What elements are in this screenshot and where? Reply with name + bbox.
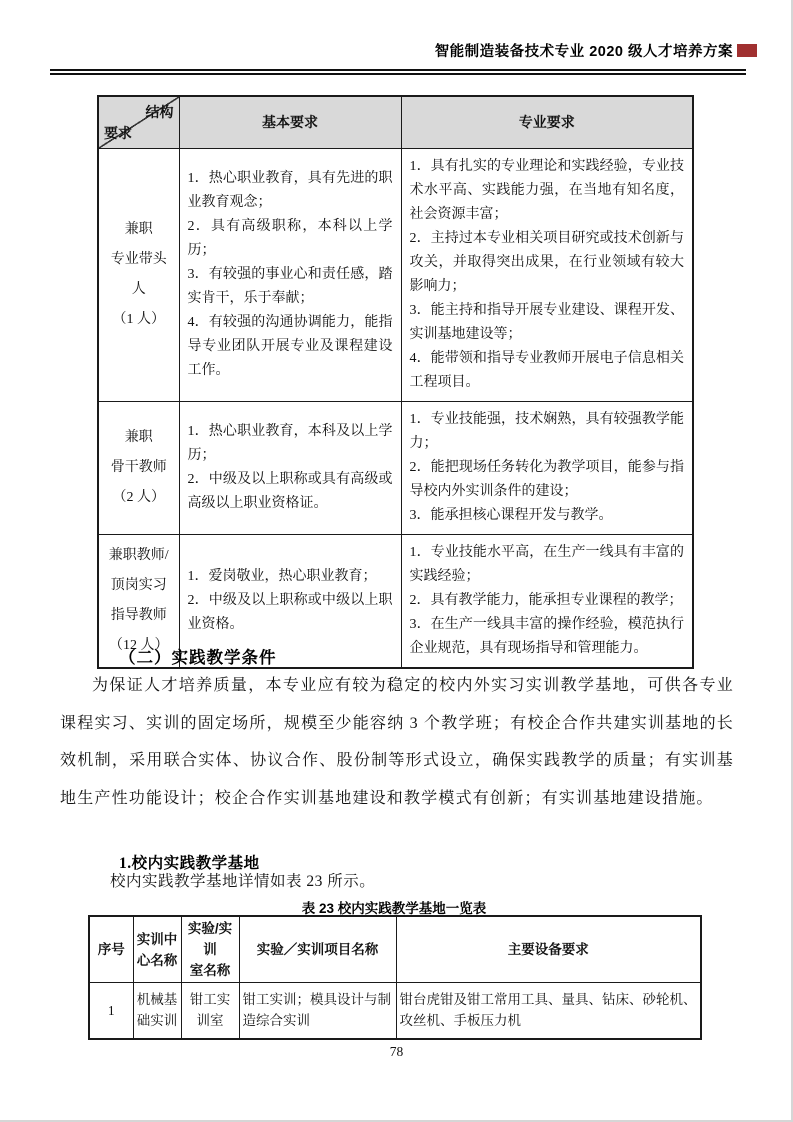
professional-requirements-cell: 1．专业技能水平高，在生产一线具有丰富的实践经验；2．具有教学能力，能承担专业课… [401, 534, 693, 668]
professional-requirements-cell: 1．专业技能强，技术娴熟，具有较强教学能力；2．能把现场任务转化为教学项目，能参… [401, 401, 693, 534]
requirement-item: 2．主持过本专业相关项目研究或技术创新与攻关，并取得突出成果，在行业领域有较大影… [410, 227, 685, 299]
basic-requirements-cell: 1．热心职业教育，本科及以上学历；2．中级及以上职称或具有高级或高级以上职业资格… [179, 401, 401, 534]
requirement-item: 2．具有教学能力，能承担专业课程的教学； [410, 589, 685, 613]
corner-label-requirement: 要求 [104, 121, 132, 145]
requirement-item: 2．具有高级职称，本科以上学历； [188, 215, 393, 263]
table-row-backbone-teachers: 兼职 骨干教师 （2 人） 1．热心职业教育，本科及以上学历；2．中级及以上职称… [98, 401, 693, 534]
page-number: 78 [0, 1044, 793, 1060]
requirement-item: 2．中级及以上职称或具有高级或高级以上职业资格证。 [188, 468, 393, 516]
document-page: 智能制造装备技术专业 2020 级人才培养方案 结构 要求 基本要求 专业要求 … [0, 0, 793, 1122]
role-label: 兼职 骨干教师 （2 人） [98, 401, 179, 534]
basic-requirements-cell: 1．热心职业教育，具有先进的职业教育观念；2．具有高级职称，本科以上学历；3．有… [179, 148, 401, 401]
body-paragraph: 为保证人才培养质量，本专业应有较为稳定的校内外实习实训教学基地，可供各专业课程实… [60, 667, 734, 817]
requirement-item: 4．能带领和指导专业教师开展电子信息相关工程项目。 [410, 347, 685, 395]
column-header-serial-number: 序号 [89, 916, 133, 983]
running-header-title: 智能制造装备技术专业 2020 级人才培养方案 [435, 40, 733, 61]
on-campus-practice-bases-table: 序号 实训中 心名称 实验/实训 室名称 实验／实训项目名称 主要设备要求 1 … [88, 915, 702, 1040]
professional-requirements-cell: 1．具有扎实的专业理论和实践经验，专业技术水平高、实践能力强，在当地有知名度，社… [401, 148, 693, 401]
corner-label-structure: 结构 [146, 100, 174, 124]
project-name-cell: 钳工实训；模具设计与制造综合实训 [239, 983, 396, 1039]
lab-room-cell: 钳工实训室 [181, 983, 239, 1039]
table-row-mechanical-basic-training: 1 机械基 础实训 钳工实训室 钳工实训；模具设计与制造综合实训 钳台虎钳及钳工… [89, 983, 701, 1039]
table-23-caption: 表 23 校内实践教学基地一览表 [88, 897, 700, 917]
column-header-main-equipment: 主要设备要求 [396, 916, 701, 983]
header-double-rule [50, 69, 746, 75]
requirement-item: 1．爱岗敬业，热心职业教育； [188, 565, 393, 589]
column-header-basic-requirements: 基本要求 [179, 96, 401, 148]
requirement-item: 1．具有扎实的专业理论和实践经验，专业技术水平高、实践能力强，在当地有知名度，社… [410, 155, 685, 227]
role-label: 兼职 专业带头 人 （1 人） [98, 148, 179, 401]
requirement-item: 3．能承担核心课程开发与教学。 [410, 504, 685, 528]
requirement-item: 2．中级及以上职称或中级以上职业资格。 [188, 589, 393, 637]
requirement-item: 3．能主持和指导开展专业建设、课程开发、实训基地建设等； [410, 299, 685, 347]
part-time-staff-requirements-table: 结构 要求 基本要求 专业要求 兼职 专业带头 人 （1 人） 1．热心职业教育… [97, 95, 694, 669]
staff-table-header-row: 结构 要求 基本要求 专业要求 [98, 96, 693, 148]
requirement-item: 1．热心职业教育，本科及以上学历； [188, 420, 393, 468]
equipment-cell: 钳台虎钳及钳工常用工具、量具、钻床、砂轮机、攻丝机、手板压力机 [396, 983, 701, 1039]
column-header-lab-room-name: 实验/实训 室名称 [181, 916, 239, 983]
requirement-item: 1．热心职业教育，具有先进的职业教育观念； [188, 167, 393, 215]
column-header-professional-requirements: 专业要求 [401, 96, 693, 148]
requirement-item: 4．有较强的沟通协调能力，能指导专业团队开展专业及课程建设工作。 [188, 311, 393, 383]
column-header-training-center-name: 实训中 心名称 [133, 916, 181, 983]
requirement-item: 1．专业技能水平高，在生产一线具有丰富的实践经验； [410, 541, 685, 589]
base-table-header-row: 序号 实训中 心名称 实验/实训 室名称 实验／实训项目名称 主要设备要求 [89, 916, 701, 983]
table-row-program-leader: 兼职 专业带头 人 （1 人） 1．热心职业教育，具有先进的职业教育观念；2．具… [98, 148, 693, 401]
requirement-item: 2．能把现场任务转化为教学项目，能参与指导校内外实训条件的建设； [410, 456, 685, 504]
requirement-item: 3．在生产一线具丰富的操作经验，模范执行企业规范，具有现场指导和管理能力。 [410, 613, 685, 661]
training-center-cell: 机械基 础实训 [133, 983, 181, 1039]
corner-header-cell: 结构 要求 [98, 96, 179, 148]
red-revision-mark [737, 44, 757, 57]
column-header-project-name: 实验／实训项目名称 [239, 916, 396, 983]
requirement-item: 1．专业技能强，技术娴熟，具有较强教学能力； [410, 408, 685, 456]
serial-number-cell: 1 [89, 983, 133, 1039]
section-heading-practice-teaching-conditions: （二）实践教学条件 [119, 644, 277, 668]
table-intro-sentence: 校内实践教学基地详情如表 23 所示。 [110, 869, 375, 891]
requirement-item: 3．有较强的事业心和责任感，踏实肯干，乐于奉献； [188, 263, 393, 311]
